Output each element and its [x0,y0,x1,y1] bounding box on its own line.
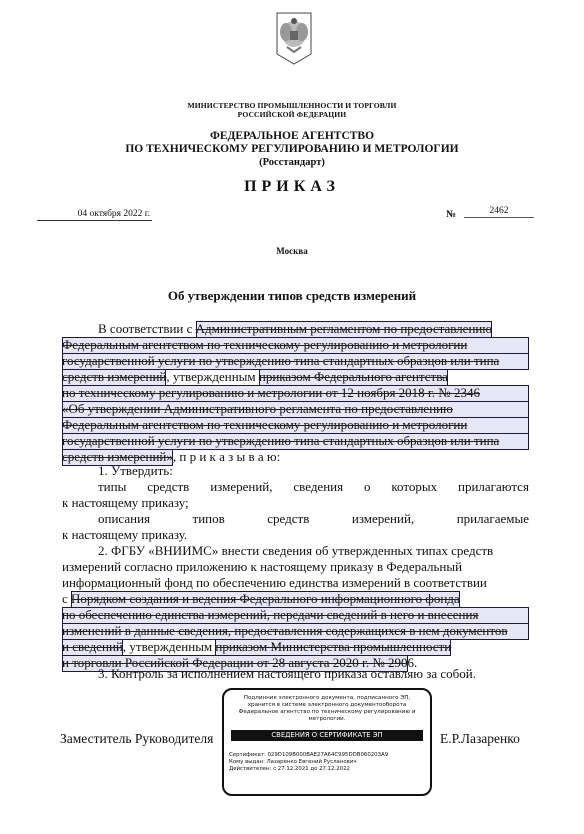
number-label: № [446,209,456,220]
document-link[interactable]: Федеральным агентством по техническому р… [62,337,529,354]
order-date: 04 октября 2022 г. [37,208,152,221]
text-line: и сведений, утвержденным приказом Минист… [62,639,529,656]
document-link[interactable]: Административным регламентом по предоста… [196,321,492,338]
ministry-name-line2: РОССИЙСКОЙ ФЕДЕРАЦИИ [0,110,584,119]
item1-a-line2: к настоящему приказу; [62,495,529,512]
certificate-validity: с 27.12.2021 до 27.12.2022 [273,766,350,772]
order-number: 2462 [464,205,534,218]
certificate-id: 029D109B000BAE27A64C995DDB060203A9 [268,752,389,758]
document-link[interactable]: приказом Министерства промышленности [215,639,451,656]
document-link[interactable]: и сведений [62,639,123,656]
text-line: Федеральным агентством по техническому р… [62,337,529,354]
e-signature-stamp: Подлинник электронного документа, подпис… [222,688,432,796]
certificate-holder: Лазаренко Евгений Русланович [267,759,357,765]
agency-name-line2: ПО ТЕХНИЧЕСКОМУ РЕГУЛИРОВАНИЮ И МЕТРОЛОГ… [0,143,584,156]
text-line: по обеспечению единства измерений, перед… [62,607,529,624]
item3: 3. Контроль за исполнением настоящего пр… [98,666,565,683]
document-type: ПРИКАЗ [0,178,584,196]
text-line: В соответствии с Административным реглам… [98,321,529,338]
document-link[interactable]: Федеральным агентством по техническому р… [62,417,529,434]
item1-b-line1: описаниятиповсредствизмерений,прилагаемы… [98,511,529,528]
text-line: информационный фонд по обеспечению единс… [62,575,529,592]
text-line: измерений согласно приложению к настояще… [62,559,529,576]
signatory-name: Е.Р.Лазаренко [440,731,520,747]
order-title: Об утверждении типов средств измерений [0,288,584,304]
item1-b-line2: к настоящему приказу. [62,527,529,544]
document-link[interactable]: Порядком создания и ведения Федерального… [71,591,460,608]
document-link[interactable]: по техническому регулированию и метролог… [62,385,529,402]
document-link[interactable]: приказом Федерального агентства [259,369,448,386]
stamp-title-bar: СВЕДЕНИЯ О СЕРТИФИКАТЕ ЭП [231,730,423,741]
text-line: по техническому регулированию и метролог… [62,385,529,402]
text-line: изменений в данные сведения, предоставле… [62,623,529,640]
stamp-note: Подлинник электронного документа, подпис… [230,695,424,723]
item1-a-line1: типысредствизмерений,сведенияокоторыхпри… [98,479,529,496]
text-line: с Порядком создания и ведения Федерально… [62,591,529,608]
text-line: государственной услуги по утверждению ти… [62,433,529,450]
signatory-position: Заместитель Руководителя [60,731,213,747]
document-link[interactable]: по обеспечению единства измерений, перед… [62,607,529,624]
agency-name-line1: ФЕДЕРАЛЬНОЕ АГЕНТСТВО [0,130,584,143]
coat-of-arms-icon [275,10,313,68]
item1-heading: 1. Утвердить: [98,463,565,480]
document-link[interactable]: изменений в данные сведения, предоставле… [62,623,529,640]
city: Москва [0,246,584,256]
document-link[interactable]: «Об утверждении Административного реглам… [62,401,529,418]
text-line: Федеральным агентством по техническому р… [62,417,529,434]
document-link[interactable]: средств измерений [62,369,166,386]
document-link[interactable]: государственной услуги по утверждению ти… [62,353,529,370]
agency-short-name: (Росстандарт) [0,156,584,169]
text-line: «Об утверждении Административного реглам… [62,401,529,418]
document-link[interactable]: государственной услуги по утверждению ти… [62,433,529,450]
text-line: 2. ФГБУ «ВНИИМС» внести сведения об утве… [98,543,565,560]
certificate-details: Сертификат: 029D109B000BAE27A64C995DDB06… [229,752,388,773]
ministry-name-line1: МИНИСТЕРСТВО ПРОМЫШЛЕННОСТИ И ТОРГОВЛИ [0,101,584,110]
text-line: государственной услуги по утверждению ти… [62,353,529,370]
text-line: средств измерений, утвержденным приказом… [62,369,529,386]
